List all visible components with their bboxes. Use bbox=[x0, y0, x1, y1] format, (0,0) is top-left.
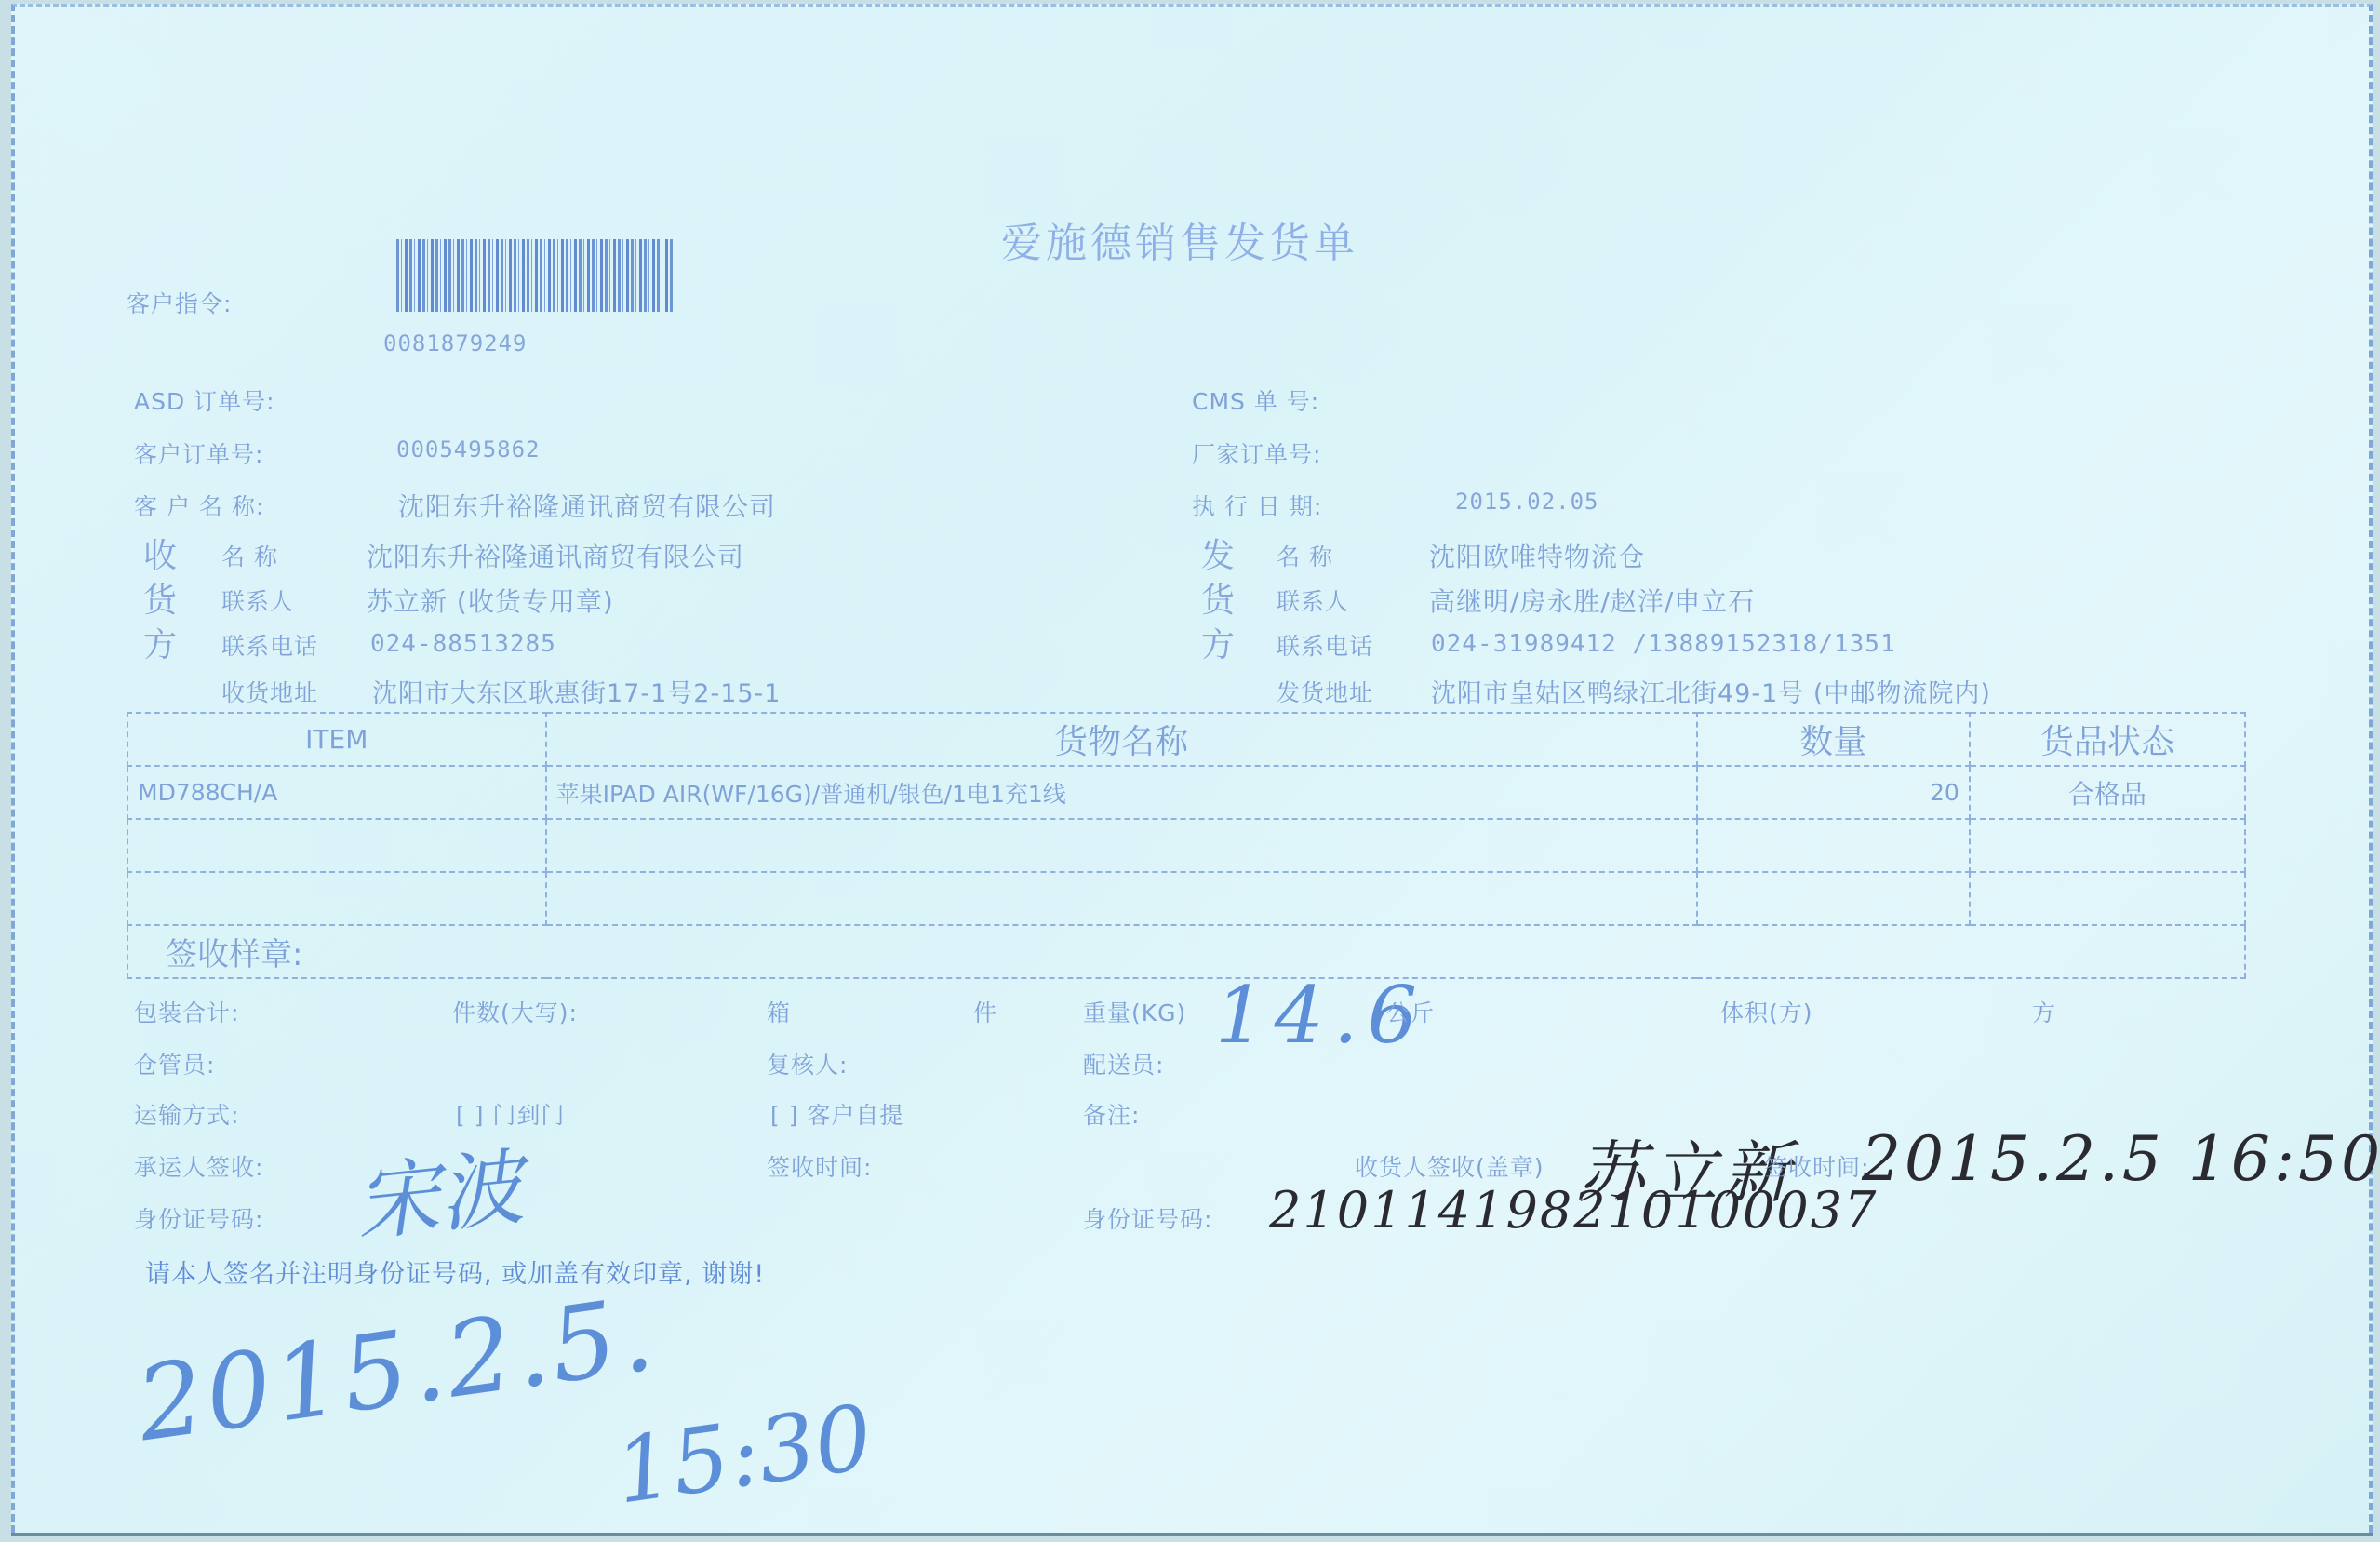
sender-name-label: 名 称 bbox=[1277, 539, 1333, 572]
table-header-row: ITEM 货物名称 数量 货品状态 bbox=[127, 713, 2245, 766]
cell-item bbox=[127, 872, 546, 925]
warehouse-keeper-label: 仓管员: bbox=[134, 1047, 215, 1080]
sender-name-value: 沈阳欧唯特物流仓 bbox=[1429, 537, 1645, 574]
option-customer-pickup: [ ] 客户自提 bbox=[770, 1097, 903, 1131]
sign-time-label: 签收时间: bbox=[767, 1149, 872, 1183]
header-status: 货品状态 bbox=[1970, 713, 2245, 766]
volume-label: 体积(方) bbox=[1720, 995, 1813, 1028]
receiver-name-value: 沈阳东升裕隆通讯商贸有限公司 bbox=[367, 537, 744, 574]
receiver-address-label: 收货地址 bbox=[221, 675, 318, 708]
customer-name-label: 客 户 名 称: bbox=[134, 489, 264, 522]
sender-address-label: 发货地址 bbox=[1277, 675, 1373, 708]
piece-label: 件 bbox=[973, 995, 997, 1028]
customer-name-value: 沈阳东升裕隆通讯商贸有限公司 bbox=[398, 487, 776, 524]
table-row bbox=[127, 872, 2245, 925]
cell-item: MD788CH/A bbox=[127, 766, 546, 819]
exec-date-label: 执 行 日 期: bbox=[1192, 489, 1322, 522]
cell-status: 合格品 bbox=[1970, 766, 2245, 819]
table-row: MD788CH/A 苹果IPAD AIR(WF/16G)/普通机/银色/1电1充… bbox=[127, 766, 2245, 819]
weight-label: 重量(KG) bbox=[1083, 995, 1186, 1028]
checker-label: 复核人: bbox=[767, 1047, 848, 1080]
cell-status bbox=[1970, 872, 2245, 925]
receiver-side-1: 收 bbox=[143, 530, 178, 577]
sender-side-3: 方 bbox=[1201, 619, 1236, 666]
document-title: 爱施德销售发货单 bbox=[1001, 209, 1358, 269]
stamp-label: 签收样章: bbox=[127, 925, 2245, 978]
transport-label: 运输方式: bbox=[134, 1097, 239, 1131]
cell-quantity bbox=[1697, 819, 1970, 872]
header-item: ITEM bbox=[127, 713, 546, 766]
sender-side-1: 发 bbox=[1201, 530, 1236, 577]
handwritten-date: 2015.2.5. bbox=[130, 1274, 663, 1465]
receiver-phone-label: 联系电话 bbox=[221, 628, 318, 662]
cms-label: CMS 单 号: bbox=[1192, 383, 1319, 417]
receiver-time-value: 2015.2.5 16:50 bbox=[1862, 1123, 2380, 1195]
receiver-address-value: 沈阳市大东区耿惠街17-1号2-15-1 bbox=[372, 673, 781, 709]
cell-quantity bbox=[1697, 872, 1970, 925]
sender-address-value: 沈阳市皇姑区鸭绿江北街49-1号 (中邮物流院内) bbox=[1431, 673, 1991, 709]
receiver-contact-value: 苏立新 (收货专用章) bbox=[367, 582, 614, 619]
receiver-id-value: 210114198210100037 bbox=[1269, 1181, 1878, 1240]
volume-unit: 方 bbox=[2032, 995, 2056, 1028]
sender-contact-label: 联系人 bbox=[1277, 583, 1349, 617]
table-row bbox=[127, 819, 2245, 872]
receiver-name-label: 名 称 bbox=[221, 539, 278, 572]
signature-notice: 请本人签名并注明身份证号码, 或加盖有效印章, 谢谢! bbox=[145, 1254, 765, 1290]
asd-order-label: ASD 订单号: bbox=[134, 383, 275, 417]
customer-instruction-value: 0081879249 bbox=[383, 330, 528, 356]
cell-quantity: 20 bbox=[1697, 766, 1970, 819]
customer-instruction-label: 客户指令: bbox=[127, 286, 232, 319]
header-goods-name: 货物名称 bbox=[546, 713, 1697, 766]
cell-goods-name bbox=[546, 819, 1697, 872]
remark-label: 备注: bbox=[1083, 1097, 1140, 1131]
handwritten-time: 15:30 bbox=[609, 1385, 879, 1523]
receiver-sign-label: 收货人签收(盖章) bbox=[1355, 1149, 1544, 1183]
delivery-note-sheet: 爱施德销售发货单 客户指令: 0081879249 ASD 订单号: 客户订单号… bbox=[11, 4, 2373, 1533]
cell-item bbox=[127, 819, 546, 872]
sender-contact-value: 高继明/房永胜/赵洋/申立石 bbox=[1429, 582, 1755, 619]
barcode bbox=[396, 239, 675, 312]
header-quantity: 数量 bbox=[1697, 713, 1970, 766]
receiver-contact-label: 联系人 bbox=[221, 583, 294, 617]
goods-table: ITEM 货物名称 数量 货品状态 MD788CH/A 苹果IPAD AIR(W… bbox=[127, 712, 2246, 979]
sender-phone-value: 024-31989412 /13889152318/1351 bbox=[1431, 630, 1896, 658]
package-total-label: 包装合计: bbox=[134, 995, 239, 1028]
carrier-id-label: 身份证号码: bbox=[134, 1201, 263, 1235]
box-label: 箱 bbox=[767, 995, 791, 1028]
weight-unit: 公斤 bbox=[1386, 995, 1435, 1028]
receiver-time-label: 签收时间: bbox=[1764, 1149, 1869, 1183]
receiver-phone-value: 024-88513285 bbox=[370, 630, 556, 658]
carrier-sign-label: 承运人签收: bbox=[134, 1149, 263, 1183]
receiver-side-3: 方 bbox=[143, 619, 178, 666]
factory-order-label: 厂家订单号: bbox=[1192, 436, 1321, 470]
sender-side-2: 货 bbox=[1201, 574, 1236, 622]
carrier-signature: 宋波 bbox=[349, 1120, 528, 1257]
sender-phone-label: 联系电话 bbox=[1277, 628, 1373, 662]
cell-goods-name bbox=[546, 872, 1697, 925]
customer-order-value: 0005495862 bbox=[396, 436, 541, 463]
receiver-side-2: 货 bbox=[143, 574, 178, 622]
deliverer-label: 配送员: bbox=[1083, 1047, 1164, 1080]
receiver-id-label: 身份证号码: bbox=[1083, 1201, 1212, 1235]
cell-goods-name: 苹果IPAD AIR(WF/16G)/普通机/银色/1电1充1线 bbox=[546, 766, 1697, 819]
exec-date-value: 2015.02.05 bbox=[1455, 489, 1599, 515]
customer-order-label: 客户订单号: bbox=[134, 436, 263, 470]
stamp-row: 签收样章: bbox=[127, 925, 2245, 978]
cell-status bbox=[1970, 819, 2245, 872]
pieces-label: 件数(大写): bbox=[452, 995, 578, 1028]
